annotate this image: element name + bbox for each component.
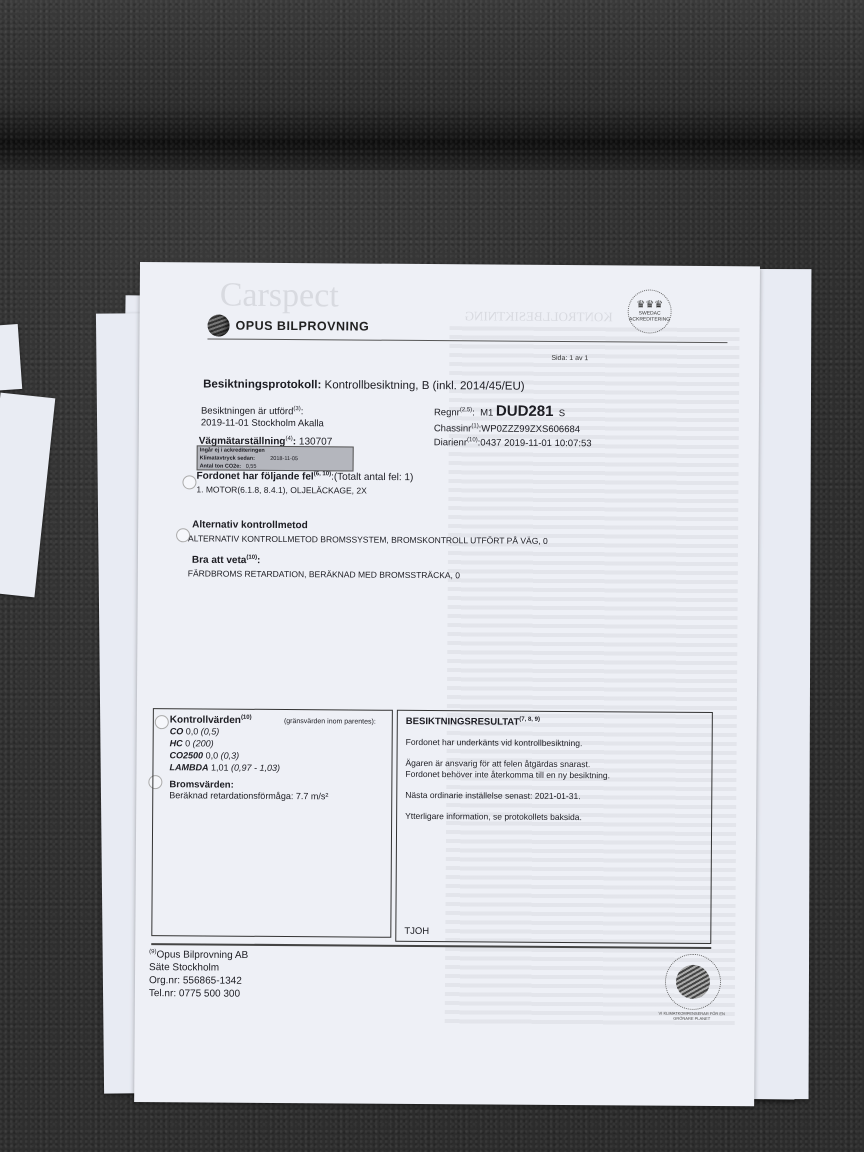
page-title: Besiktningsprotokoll: Kontrollbesiktning… xyxy=(203,378,525,392)
sup: (10) xyxy=(467,437,478,443)
inspection-value: 2019-11-01 Stockholm Akalla xyxy=(201,418,324,430)
opus-logo: OPUS BILPROVNING xyxy=(207,314,369,337)
sup: (4) xyxy=(285,436,292,442)
company-name: Opus Bilprovning AB xyxy=(156,949,248,961)
brand-name: OPUS BILPROVNING xyxy=(236,319,370,334)
emission-limit: (0,97 - 1,03) xyxy=(231,763,280,773)
limits-note: (gränsvärden inom parentes): xyxy=(284,718,376,726)
emission-value: 0,0 xyxy=(186,727,199,737)
emission-name: CO2500 xyxy=(170,751,204,761)
alt-method-heading: Alternativ kontrollmetod xyxy=(192,519,308,531)
emission-name: HC xyxy=(170,739,183,749)
diarienr-field: Diarienr(10):0437 2019-11-01 10:07:53 xyxy=(434,434,592,450)
page-indicator: Sida: 1 av 1 xyxy=(551,355,588,362)
diarienr-label: Diarienr xyxy=(434,437,467,448)
inspector-signature: TJOH xyxy=(404,926,429,937)
title-value: Kontrollbesiktning, B (inkl. 2014/45/EU) xyxy=(325,379,525,392)
climate-footprint-box: Ingår ej i ackrediteringen Klimatavtryck… xyxy=(197,445,354,471)
sup: (10) xyxy=(241,715,252,721)
defects-label: Fordonet har följande fel xyxy=(196,471,313,483)
good-to-know-label: Bra att veta xyxy=(192,555,247,566)
inspection-label: Besiktningen är utförd xyxy=(201,406,293,418)
diarienr-value: 0437 2019-11-01 10:07:53 xyxy=(480,438,591,450)
emission-value: 1,01 xyxy=(211,763,229,773)
swedac-label: SWEDAC ACKREDITERING xyxy=(629,310,671,322)
co2-label: Antal ton CO2e: xyxy=(200,463,242,469)
emission-row: LAMBDA 1,01 (0,97 - 1,03) xyxy=(169,762,375,775)
regnr-label: Regnr xyxy=(434,407,460,418)
company-orgnr: Org.nr: 556865-1342 xyxy=(149,974,248,988)
defect-item: 1. MOTOR(6.1.8, 8.4.1), OLJELÄCKAGE, 2X xyxy=(196,484,366,495)
carpet-background-top xyxy=(0,0,864,150)
climate-compensation-seal xyxy=(665,954,721,1010)
emission-value: 0,0 xyxy=(206,751,219,761)
emission-name: LAMBDA xyxy=(169,763,208,773)
chassinr-label: Chassinr xyxy=(434,423,472,434)
control-values-label: Kontrollvärden xyxy=(170,715,241,726)
header-divider xyxy=(207,338,727,343)
result-status: Fordonet har underkänts vid kontrollbesi… xyxy=(406,737,704,750)
sup: (6, 10) xyxy=(314,471,331,477)
swedac-seal: ♛♛♛ SWEDAC ACKREDITERING xyxy=(628,289,672,333)
result-label: BESIKTNINGSRESULTAT xyxy=(406,716,520,728)
emission-name: CO xyxy=(170,727,184,737)
defects-total: :(Totalt antal fel: 1) xyxy=(331,472,413,484)
three-crowns-icon: ♛♛♛ xyxy=(629,300,671,310)
inspection-field: Besiktningen är utförd(3): 2019-11-01 St… xyxy=(201,402,324,430)
climate-since-label: Klimatavtryck sedan: xyxy=(200,455,255,461)
alt-method-value: ALTERNATIV KONTROLLMETOD BROMSSYSTEM, BR… xyxy=(188,533,548,546)
climate-seal-label: VI KLIMATKOMPENSERAR FÖR EN GRÖNARE PLAN… xyxy=(657,1011,727,1021)
opus-globe-icon xyxy=(207,314,229,336)
chassinr-value: WP0ZZZ99ZXS606684 xyxy=(481,424,580,436)
more-info-note: Ytterligare information, se protokollets… xyxy=(405,811,703,824)
regnr-prefix: M1 xyxy=(480,408,493,419)
company-footer: (9)Opus Bilprovning AB Säte Stockholm Or… xyxy=(149,946,248,1001)
no-reinspection-note: Fordonet behöver inte återkomma till en … xyxy=(405,769,703,782)
regnr-value: DUD281 xyxy=(496,403,554,420)
sup: (3) xyxy=(293,406,300,412)
climate-note: Ingår ej i ackrediteringen xyxy=(200,447,265,453)
defects-heading: Fordonet har följande fel(6, 10):(Totalt… xyxy=(196,470,413,483)
sup: (7, 8, 9) xyxy=(519,717,540,723)
good-to-know-heading: Bra att veta(10): xyxy=(192,554,261,566)
ghost-heading: KONTROLLBESIKTNING xyxy=(465,308,613,325)
sup: (10) xyxy=(246,555,257,561)
emission-limit: (200) xyxy=(193,739,214,749)
emission-limit: (0,3) xyxy=(221,751,240,761)
control-values-box: Kontrollvärden(10) (gränsvärden inom par… xyxy=(151,708,393,938)
striped-globe-icon xyxy=(676,965,710,999)
side-paper xyxy=(0,393,55,598)
side-paper xyxy=(0,324,22,391)
climate-since-value: 2018-11-05 xyxy=(270,456,298,462)
company-seat: Säte Stockholm xyxy=(149,961,248,975)
sup: (1) xyxy=(471,423,478,429)
brake-value: Beräknad retardationsförmåga: 7.7 m/s² xyxy=(169,791,375,802)
emission-values-list: CO 0,0 (0,5)HC 0 (200)CO2500 0,0 (0,3)LA… xyxy=(169,726,375,775)
emission-limit: (0,5) xyxy=(201,727,220,737)
inspection-result-box: BESIKTNINGSRESULTAT(7, 8, 9) Fordonet ha… xyxy=(395,710,713,944)
title-label: Besiktningsprotokoll: xyxy=(203,378,321,391)
co2-value: 0,55 xyxy=(246,464,257,470)
punch-hole xyxy=(182,475,196,489)
next-inspection-date: Nästa ordinarie inställelse senast: 2021… xyxy=(405,790,703,803)
inspection-protocol-page: Carspect KONTROLLBESIKTNING OPUS BILPROV… xyxy=(134,262,760,1106)
good-to-know-value: FÄRDBROMS RETARDATION, BERÄKNAD MED BROM… xyxy=(188,568,460,580)
regnr-suffix: S xyxy=(559,408,565,419)
ghost-carspect-logo: Carspect xyxy=(220,277,339,316)
regnr-field: Regnr(2,5): M1 DUD281 S xyxy=(434,404,565,420)
company-phone: Tel.nr: 0775 500 300 xyxy=(149,987,248,1001)
sup: (2,5) xyxy=(460,407,472,413)
emission-value: 0 xyxy=(185,739,190,749)
carpet-fold-shadow xyxy=(0,140,864,170)
